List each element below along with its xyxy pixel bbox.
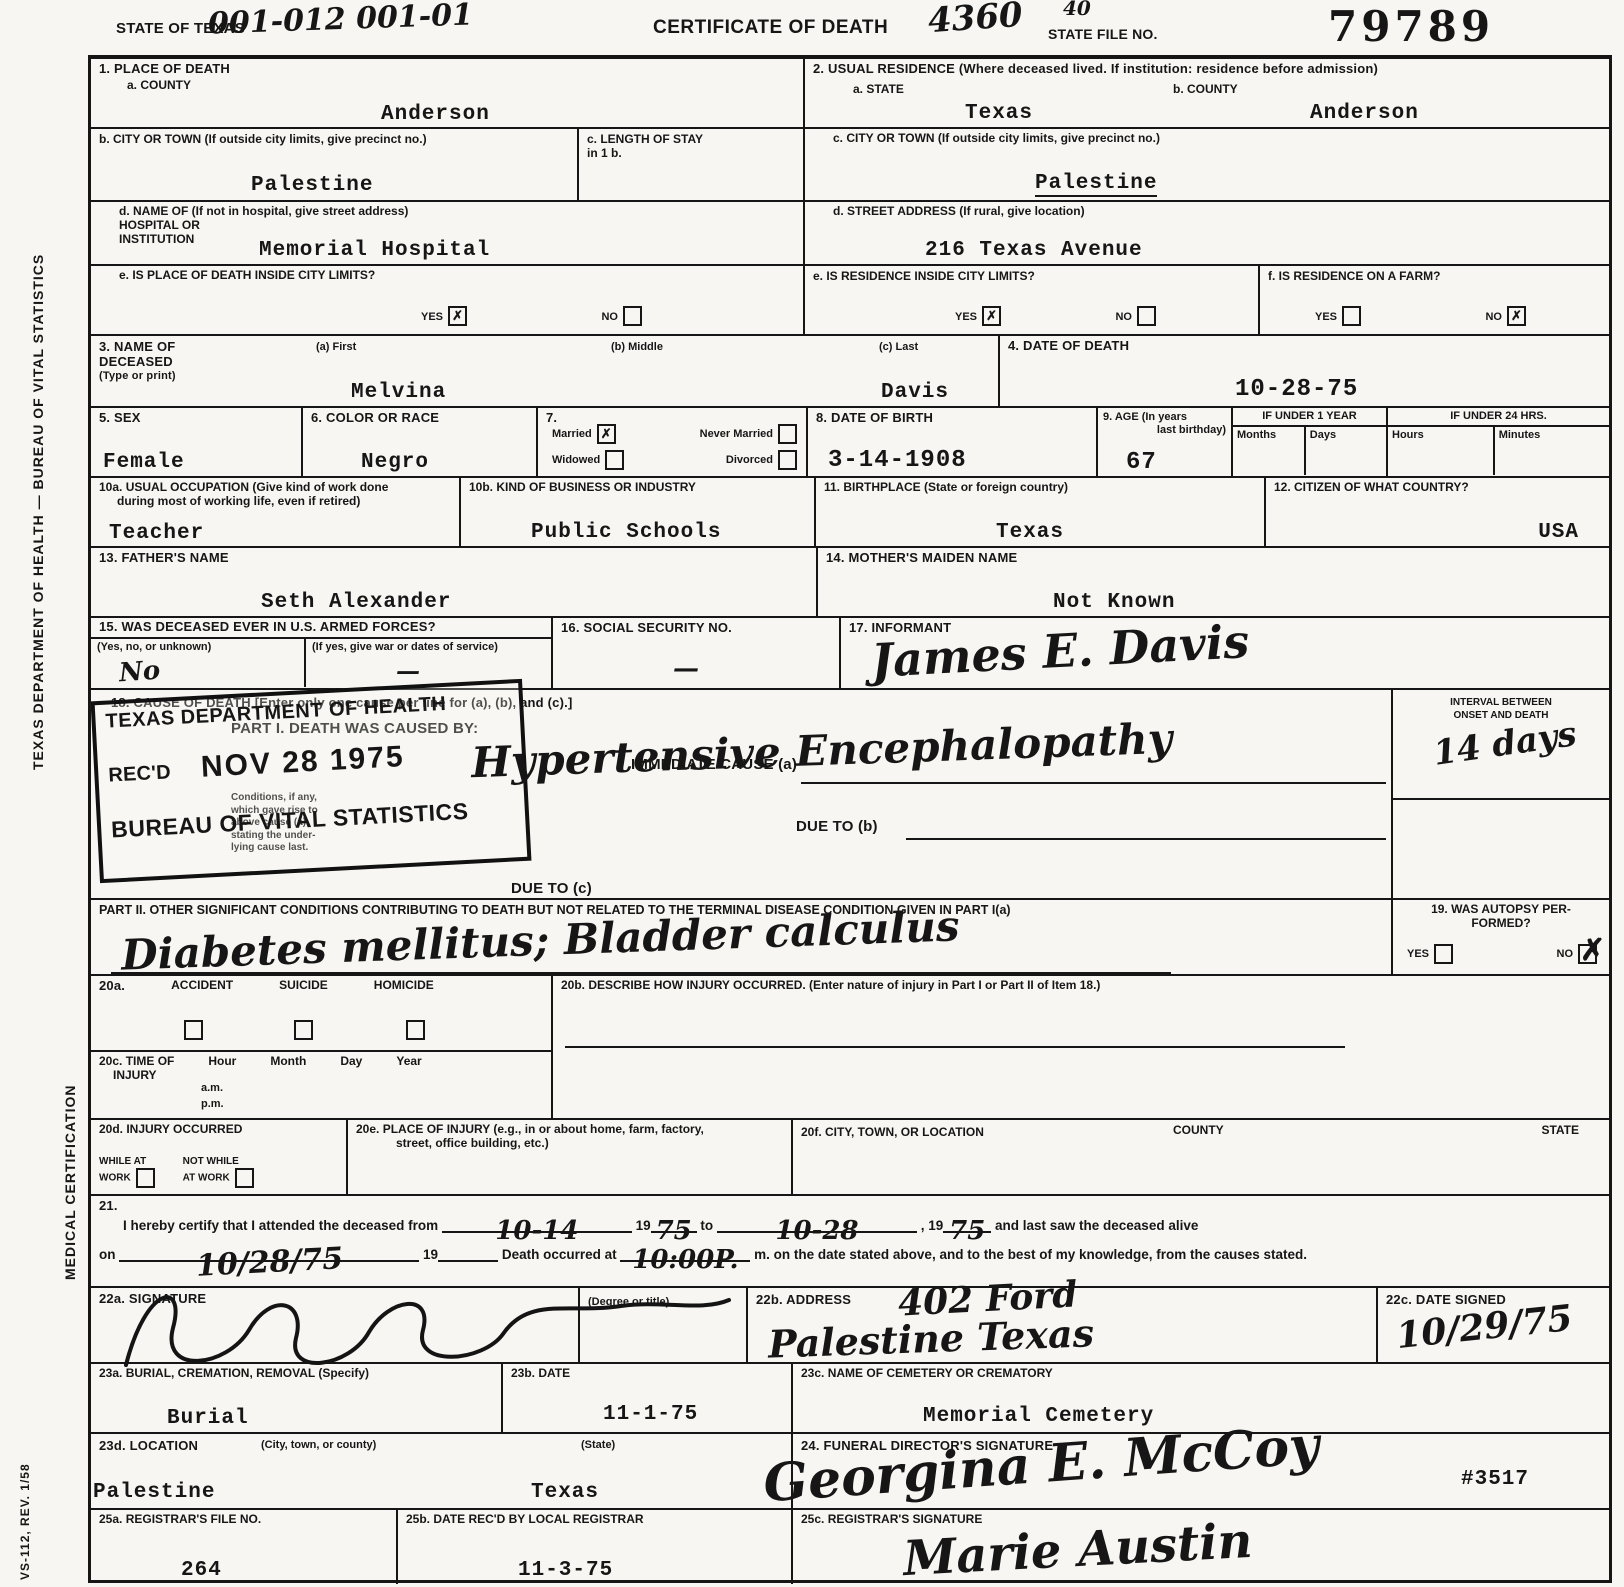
hours-label: Hours: [1388, 427, 1495, 475]
hospital-name-label2: HOSPITAL OR: [119, 219, 795, 233]
on-word: on: [99, 1247, 116, 1262]
burial-date-value: 11-1-75: [603, 1403, 698, 1426]
attended-from-year: 75: [656, 1216, 692, 1246]
residence-county-label: b. COUNTY: [1173, 83, 1238, 97]
part-2-other-conditions: PART II. OTHER SIGNIFICANT CONDITIONS CO…: [91, 900, 1393, 974]
homicide-label: HOMICIDE: [374, 979, 434, 994]
section-6-color-or-race: 6. COLOR OR RACE Negro: [303, 408, 538, 476]
handwritten-superscript: 40: [1063, 0, 1091, 20]
street-address-value: 216 Texas Avenue: [925, 239, 1143, 262]
section-17-informant: 17. INFORMANT James E. Davis: [841, 618, 1609, 688]
race-value: Negro: [361, 451, 429, 474]
under-24-hrs-label: IF UNDER 24 HRS.: [1388, 408, 1609, 427]
section-25c-registrar-signature: 25c. REGISTRAR'S SIGNATURE Marie Austin: [793, 1510, 1609, 1584]
time-of-injury-label-1: 20c. TIME OF: [99, 1054, 174, 1068]
burial-state-value: Texas: [531, 1481, 599, 1504]
last-name-value: Davis: [881, 381, 949, 404]
married-checkbox: ✗: [597, 424, 616, 444]
first-name-value: Melvina: [351, 381, 446, 404]
manner-number: 20a.: [99, 979, 125, 994]
while-at-work-checkbox: [136, 1168, 155, 1188]
not-while-at-work-label1: NOT WHILE: [183, 1156, 239, 1167]
hospital-name-value: Memorial Hospital: [259, 239, 490, 262]
date-of-birth-label: 8. DATE OF BIRTH: [816, 411, 1088, 426]
section-22a-signature: 22a. SIGNATURE (Degree or title): [91, 1288, 748, 1362]
certify-post-2: m. on the date stated above, and to the …: [754, 1247, 1307, 1262]
day-label: Day: [340, 1055, 362, 1083]
due-to-c-label: DUE TO (c): [511, 880, 592, 897]
never-married-checkbox: [778, 424, 797, 444]
burial-location-label: 23d. LOCATION: [99, 1438, 198, 1453]
section-10b-industry: 10b. KIND OF BUSINESS OR INDUSTRY Public…: [461, 478, 816, 546]
funeral-director-number: #3517: [1461, 1468, 1529, 1491]
armed-forces-dash: —: [396, 656, 420, 685]
industry-value: Public Schools: [531, 521, 721, 544]
handwritten-district-codes: 001-012 001-01: [207, 0, 473, 42]
birthplace-value: Texas: [996, 521, 1064, 544]
residence-on-farm: f. IS RESIDENCE ON A FARM? YES NO✗: [1260, 266, 1609, 334]
age-value: 67: [1126, 449, 1157, 476]
injury-county-label: COUNTY: [1173, 1124, 1224, 1138]
section-4-date-of-death: 4. DATE OF DEATH 10-28-75: [1000, 336, 1609, 406]
section-2-usual-residence: 2. USUAL RESIDENCE (Where deceased lived…: [805, 59, 1609, 334]
registrar-file-label: 25a. REGISTRAR'S FILE NO.: [99, 1513, 388, 1527]
state-file-no-label: STATE FILE NO.: [1048, 26, 1158, 42]
physician-address-label: 22b. ADDRESS: [756, 1292, 851, 1307]
occupation-value: Teacher: [109, 522, 204, 545]
suicide-checkbox: [294, 1020, 313, 1040]
name-title-1: 3. NAME OF: [99, 340, 176, 355]
pm-label: p.m.: [201, 1098, 224, 1111]
section-20e-place-of-injury: 20e. PLACE OF INJURY (e.g., in or about …: [348, 1120, 793, 1194]
sex-label: 5. SEX: [99, 411, 293, 426]
to-word: to: [700, 1218, 713, 1233]
stamp-bureau-line: BUREAU OF VITAL STATISTICS: [111, 795, 516, 843]
section-15-armed-forces: 15. WAS DECEASED EVER IN U.S. ARMED FORC…: [91, 618, 553, 688]
date-of-death-value: 10-28-75: [1235, 376, 1358, 403]
section-5-sex: 5. SEX Female: [91, 408, 303, 476]
section-25a-registrar-file: 25a. REGISTRAR'S FILE NO. 264: [91, 1510, 398, 1584]
place-of-death-title: 1. PLACE OF DEATH: [99, 62, 795, 77]
section-13-father: 13. FATHER'S NAME Seth Alexander: [91, 548, 818, 616]
interval-label-1: INTERVAL BETWEEN: [1401, 697, 1601, 710]
date-of-birth-value: 3-14-1908: [828, 447, 967, 474]
days-label: Days: [1306, 427, 1386, 475]
city-town-county-sub: (City, town, or county): [261, 1439, 376, 1452]
middle-name-label: (b) Middle: [611, 341, 663, 354]
no-label: NO: [1115, 311, 1132, 323]
ssn-dash: —: [673, 654, 699, 684]
autopsy-yes-checkbox: [1434, 944, 1453, 964]
occupation-label-1: 10a. USUAL OCCUPATION (Give kind of work…: [99, 481, 451, 495]
certificate-title: CERTIFICATE OF DEATH: [653, 17, 888, 39]
residence-state-label: a. STATE: [853, 83, 904, 97]
widowed-label: Widowed: [552, 454, 600, 466]
certification-number: 21.: [99, 1199, 1601, 1214]
name-title-2: DECEASED: [99, 355, 176, 370]
farm-yes-checkbox: [1342, 306, 1361, 326]
armed-forces-label: 15. WAS DECEASED EVER IN U.S. ARMED FORC…: [91, 618, 551, 639]
usual-residence-title: 2. USUAL RESIDENCE (Where deceased lived…: [813, 62, 1601, 77]
date-received-value: 11-3-75: [518, 1559, 613, 1582]
mother-name-label: 14. MOTHER'S MAIDEN NAME: [826, 551, 1601, 566]
farm-no-checkbox: ✗: [1507, 306, 1526, 326]
age-label-2: last birthday): [1103, 424, 1226, 437]
yes-label: YES: [1315, 311, 1337, 323]
am-label: a.m.: [201, 1082, 223, 1095]
margin-department-text: TEXAS DEPARTMENT OF HEALTH — BUREAU OF V…: [30, 150, 46, 770]
county-label: a. COUNTY: [127, 79, 795, 93]
city-or-town-death-value: Palestine: [251, 174, 373, 197]
immediate-cause-value: Hypertensive Encephalopathy: [470, 714, 1172, 787]
residence-city-value: Palestine: [1035, 172, 1157, 197]
age-label-1: 9. AGE (In years: [1103, 411, 1226, 424]
burial-city-value: Palestine: [93, 1481, 215, 1504]
cemetery-label: 23c. NAME OF CEMETERY OR CREMATORY: [801, 1367, 1601, 1381]
section-16-ssn: 16. SOCIAL SECURITY NO. —: [553, 618, 841, 688]
death-city-limits-yes-checkbox: ✗: [448, 306, 467, 326]
married-label: Married: [552, 428, 592, 440]
place-of-injury-label-1: 20e. PLACE OF INJURY (e.g., in or about …: [356, 1123, 783, 1137]
no-label: NO: [601, 311, 618, 323]
death-city-limits-no-checkbox: [623, 306, 642, 326]
if-under-1-year: IF UNDER 1 YEAR Months Days: [1233, 408, 1388, 476]
received-stamp: TEXAS DEPARTMENT OF HEALTH REC'D NOV 28 …: [91, 679, 532, 883]
year-prefix-1: 19: [636, 1218, 651, 1233]
length-of-stay: c. LENGTH OF STAY in 1 b.: [579, 129, 803, 200]
margin-form-number: VS-112, REV. 1/58: [18, 1300, 32, 1580]
divorced-label: Divorced: [726, 454, 773, 466]
residence-county-value: Anderson: [1310, 102, 1419, 125]
residence-city-limits-no-checkbox: [1137, 306, 1156, 326]
birthplace-label: 11. BIRTHPLACE (State or foreign country…: [824, 481, 1256, 495]
section-20a-manner: 20a. ACCIDENT SUICIDE HOMICIDE: [91, 976, 551, 1052]
section-1-place-of-death: 1. PLACE OF DEATH a. COUNTY Anderson b. …: [91, 59, 805, 334]
injury-state-label: STATE: [1541, 1124, 1579, 1138]
interval-onset-death: INTERVAL BETWEEN ONSET AND DEATH 14 days: [1393, 690, 1609, 898]
section-12-citizen: 12. CITIZEN OF WHAT COUNTRY? USA: [1266, 478, 1609, 546]
header: STATE OF TEXAS 001-012 001-01 CERTIFICAT…: [88, 0, 1612, 55]
section-14-mother: 14. MOTHER'S MAIDEN NAME Not Known: [818, 548, 1609, 616]
industry-label: 10b. KIND OF BUSINESS OR INDUSTRY: [469, 481, 806, 495]
armed-forces-sub2: (If yes, give war or dates of service): [312, 641, 545, 654]
date-received-label: 25b. DATE REC'D BY LOCAL REGISTRAR: [406, 1513, 783, 1527]
months-label: Months: [1233, 427, 1306, 475]
length-of-stay-label: c. LENGTH OF STAY: [587, 133, 795, 147]
name-title-3: (Type or print): [99, 370, 176, 383]
death-occurred-at-label: Death occurred at: [502, 1247, 617, 1262]
attended-from-date: 10-14: [495, 1216, 578, 1246]
state-sub: (State): [581, 1439, 615, 1452]
injury-city-label: 20f. CITY, TOWN, OR LOCATION: [801, 1125, 984, 1139]
accident-checkbox: [184, 1020, 203, 1040]
section-8-date-of-birth: 8. DATE OF BIRTH 3-14-1908: [808, 408, 1098, 476]
first-name-label: (a) First: [316, 341, 356, 354]
under-1-year-label: IF UNDER 1 YEAR: [1233, 408, 1386, 427]
mother-name-value: Not Known: [1053, 591, 1175, 614]
section-23d-location: 23d. LOCATION (City, town, or county) (S…: [91, 1434, 793, 1508]
section-9-age: 9. AGE (In years last birthday) 67: [1098, 408, 1233, 476]
stamped-file-number: 79789: [1328, 2, 1494, 51]
attending-physician-signature: [101, 1270, 741, 1380]
sex-value: Female: [103, 451, 185, 474]
father-name-value: Seth Alexander: [261, 591, 451, 614]
length-of-stay-sub: in 1 b.: [587, 147, 795, 161]
stamp-recd-label: REC'D: [108, 761, 172, 786]
father-name-label: 13. FATHER'S NAME: [99, 551, 808, 566]
time-of-injury-label-2: INJURY: [113, 1068, 157, 1082]
hour-label: Hour: [208, 1055, 236, 1083]
cemetery-value: Memorial Cemetery: [923, 1405, 1154, 1428]
margin-medical-certification-text: MEDICAL CERTIFICATION: [62, 880, 78, 1280]
autopsy-label-1: 19. WAS AUTOPSY PER-: [1401, 903, 1601, 917]
suicide-label: SUICIDE: [279, 979, 328, 994]
autopsy-no-label: NO: [1557, 948, 1574, 960]
year-prefix-2: , 19: [921, 1218, 944, 1233]
ssn-label: 16. SOCIAL SECURITY NO.: [561, 621, 831, 636]
year-label: Year: [396, 1055, 421, 1083]
section-22b-address: 22b. ADDRESS 402 Ford Palestine Texas: [748, 1288, 1378, 1362]
homicide-checkbox: [406, 1020, 425, 1040]
year-prefix-3: 19: [423, 1247, 438, 1262]
section-20f-location: 20f. CITY, TOWN, OR LOCATION COUNTY STAT…: [793, 1120, 1609, 1194]
attended-to-year: 75: [949, 1216, 985, 1246]
occupation-label-2: during most of working life, even if ret…: [117, 495, 451, 509]
certify-post-1: and last saw the deceased alive: [995, 1218, 1198, 1233]
interval-value: 14 days: [1431, 714, 1579, 774]
section-3-name-of-deceased: 3. NAME OF DECEASED (Type or print) (a) …: [91, 336, 1000, 406]
autopsy-yes-label: YES: [1407, 948, 1429, 960]
section-24-funeral-director: 24. FUNERAL DIRECTOR'S SIGNATURE Georgin…: [793, 1434, 1609, 1508]
city-or-town-death: b. CITY OR TOWN (If outside city limits,…: [91, 129, 579, 200]
residence-city-limits-yes-checkbox: ✗: [982, 306, 1001, 326]
armed-forces-value: No: [118, 656, 161, 689]
not-while-at-work-checkbox: [235, 1168, 254, 1188]
while-at-work-label1: WHILE AT: [99, 1156, 146, 1167]
section-11-birthplace: 11. BIRTHPLACE (State or foreign country…: [816, 478, 1266, 546]
attended-to-date: 10-28: [775, 1216, 858, 1246]
section-19-autopsy: 19. WAS AUTOPSY PER- FORMED? YES NO✗: [1393, 900, 1609, 974]
date-of-death-label: 4. DATE OF DEATH: [1008, 339, 1601, 354]
last-name-label: (c) Last: [879, 341, 918, 354]
section-25b-date-received: 25b. DATE REC'D BY LOCAL REGISTRAR 11-3-…: [398, 1510, 793, 1584]
injury-occurred-label: 20d. INJURY OCCURRED: [99, 1123, 338, 1137]
certify-pre-text: I hereby certify that I attended the dec…: [123, 1218, 438, 1233]
section-22c-date-signed: 22c. DATE SIGNED 10/29/75: [1378, 1288, 1609, 1362]
burial-value: Burial: [167, 1407, 249, 1430]
never-married-label: Never Married: [700, 428, 773, 440]
death-inside-city-limits-label: e. IS PLACE OF DEATH INSIDE CITY LIMITS?: [119, 269, 795, 283]
if-under-24-hrs: IF UNDER 24 HRS. Hours Minutes: [1388, 408, 1609, 476]
divorced-checkbox: [778, 450, 797, 470]
stamp-date: NOV 28 1975: [200, 740, 405, 784]
no-label: NO: [1485, 311, 1502, 323]
widowed-checkbox: [605, 450, 624, 470]
section-20c-time-of-injury: 20c. TIME OF INJURY Hour Month Day Year …: [91, 1052, 551, 1118]
autopsy-no-checkbox: ✗: [1578, 944, 1597, 964]
registrar-file-value: 264: [181, 1559, 222, 1582]
residence-inside-city-limits: e. IS RESIDENCE INSIDE CITY LIMITS? YES✗…: [805, 266, 1260, 334]
yes-label: YES: [955, 311, 977, 323]
handwritten-certificate-number: 4360: [927, 0, 1024, 41]
residence-state-value: Texas: [965, 102, 1033, 125]
armed-forces-sub1: (Yes, no, or unknown): [97, 641, 298, 654]
residence-city-limits-label: e. IS RESIDENCE INSIDE CITY LIMITS?: [813, 270, 1250, 284]
hospital-name-label: d. NAME OF (If not in hospital, give str…: [119, 205, 795, 219]
race-label: 6. COLOR OR RACE: [311, 411, 528, 426]
minutes-label: Minutes: [1495, 427, 1609, 475]
section-20d-injury-occurred: 20d. INJURY OCCURRED WHILE ATWORK NOT WH…: [91, 1120, 348, 1194]
section-20b-how-injury-occurred: 20b. DESCRIBE HOW INJURY OCCURRED. (Ente…: [553, 976, 1609, 1118]
citizen-label: 12. CITIZEN OF WHAT COUNTRY?: [1274, 481, 1601, 495]
street-address-label: d. STREET ADDRESS (If rural, give locati…: [833, 205, 1601, 219]
while-at-work-label2: WORK: [99, 1173, 131, 1184]
how-injury-label: 20b. DESCRIBE HOW INJURY OCCURRED. (Ente…: [561, 979, 1601, 993]
county-value: Anderson: [381, 103, 490, 126]
physician-address-line2: Palestine Texas: [767, 1310, 1094, 1366]
city-or-town-death-label: b. CITY OR TOWN (If outside city limits,…: [99, 133, 569, 147]
autopsy-label-2: FORMED?: [1401, 917, 1601, 931]
residence-city-label: c. CITY OR TOWN (If outside city limits,…: [833, 132, 1601, 146]
accident-label: ACCIDENT: [171, 979, 233, 994]
citizen-value: USA: [1538, 521, 1579, 544]
section-10a-occupation: 10a. USUAL OCCUPATION (Give kind of work…: [91, 478, 461, 546]
place-of-injury-label-2: street, office building, etc.): [396, 1137, 783, 1151]
residence-on-farm-label: f. IS RESIDENCE ON A FARM?: [1268, 270, 1601, 284]
due-to-b-label: DUE TO (b): [796, 818, 878, 835]
section-7-marital-status: 7. Married✗ Never Married Widowed Divorc…: [538, 408, 808, 476]
not-while-at-work-label2: AT WORK: [183, 1173, 230, 1184]
yes-label: YES: [421, 311, 443, 323]
month-label: Month: [270, 1055, 306, 1083]
